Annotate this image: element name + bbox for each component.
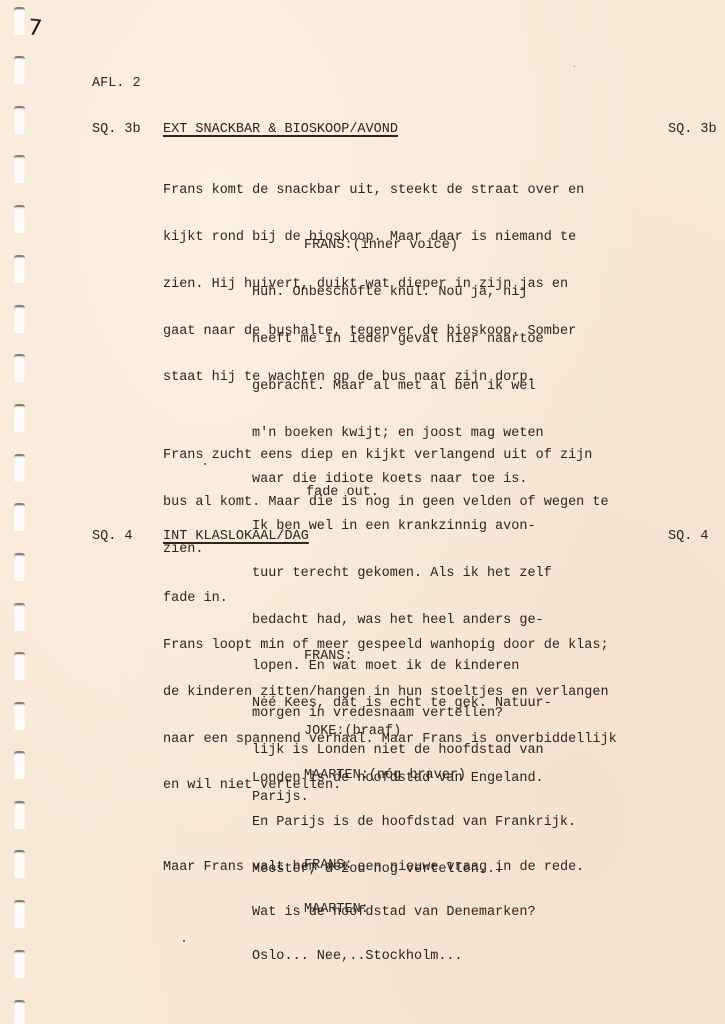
transition: fade out.: [306, 485, 379, 501]
binder-hole: [14, 255, 25, 283]
binder-hole: [14, 702, 25, 730]
sequence-number-left: SQ. 3b: [92, 122, 141, 138]
dialogue-line: Nėé Kees, dat is echt te gek. Natuur-: [252, 696, 552, 712]
sequence-number-right: SQ. 4: [668, 529, 709, 545]
binder-hole: [14, 503, 25, 531]
binder-hole: [14, 1000, 25, 1024]
binder-hole: [14, 652, 25, 680]
binder-hole: [14, 305, 25, 333]
binder-hole: [14, 454, 25, 482]
binder-hole: [14, 900, 25, 928]
binder-hole: [14, 850, 25, 878]
binder-hole: [14, 404, 25, 432]
action-line: Frans loopt min of meer gespeeld wanhopi…: [163, 638, 617, 654]
action-line: fade in.: [163, 591, 617, 607]
script-page: 7 AFL. 2 SQ. 3b EXT SNACKBAR & BIOSKOOP/…: [0, 0, 725, 1024]
character-cue: FRANS:: [304, 858, 353, 874]
binder-hole: [14, 553, 25, 581]
paper-speck: [183, 940, 185, 942]
character-cue: FRANS:: [304, 649, 353, 665]
action-line: bus al komt. Maar die is nog in geen vel…: [163, 495, 609, 511]
binder-hole: [14, 155, 25, 183]
dialogue-line: Huh. Onbeschofte knul. Nou ja, hij: [252, 285, 552, 301]
scene-heading: INT KLASLOKAAL/DAG: [163, 529, 309, 545]
paper-speck: [204, 463, 206, 465]
binder-hole: [14, 751, 25, 779]
binder-hole: [14, 205, 25, 233]
binder-hole: [14, 7, 25, 35]
character-cue: FRANS:(inner voice): [304, 238, 458, 254]
action-line: Frans komt de snackbar uit, steekt de st…: [163, 183, 584, 199]
binder-hole: [14, 56, 25, 84]
dialogue-block: Oslo... Nee,..Stockholm...: [252, 918, 463, 996]
binder-hole: [14, 950, 25, 978]
sequence-number-right: SQ. 3b: [668, 122, 717, 138]
binder-hole: [14, 801, 25, 829]
dialogue-line: Oslo... Nee,..Stockholm...: [252, 949, 463, 965]
dialogue-line: gebracht. Maar al met al ben ik wél: [252, 379, 552, 395]
character-cue: MAARTEN:(nóg braver): [304, 768, 466, 784]
binder-hole: [14, 603, 25, 631]
sequence-number-left: SQ. 4: [92, 529, 133, 545]
dialogue-line: heeft me in ieder geval hier naartoe: [252, 332, 552, 348]
scene-heading: EXT SNACKBAR & BIOSKOOP/AVOND: [163, 122, 398, 138]
character-cue: MAARTEN:: [304, 902, 369, 918]
binder-hole: [14, 106, 25, 134]
action-line: Frans zucht eens diep en kijkt verlangen…: [163, 448, 609, 464]
handwritten-page-number: 7: [27, 15, 44, 41]
binder-hole: [14, 354, 25, 382]
character-cue: JOKE:(braaf): [304, 724, 401, 740]
episode-label: AFL. 2: [92, 76, 141, 92]
paper-speck: [574, 66, 575, 67]
